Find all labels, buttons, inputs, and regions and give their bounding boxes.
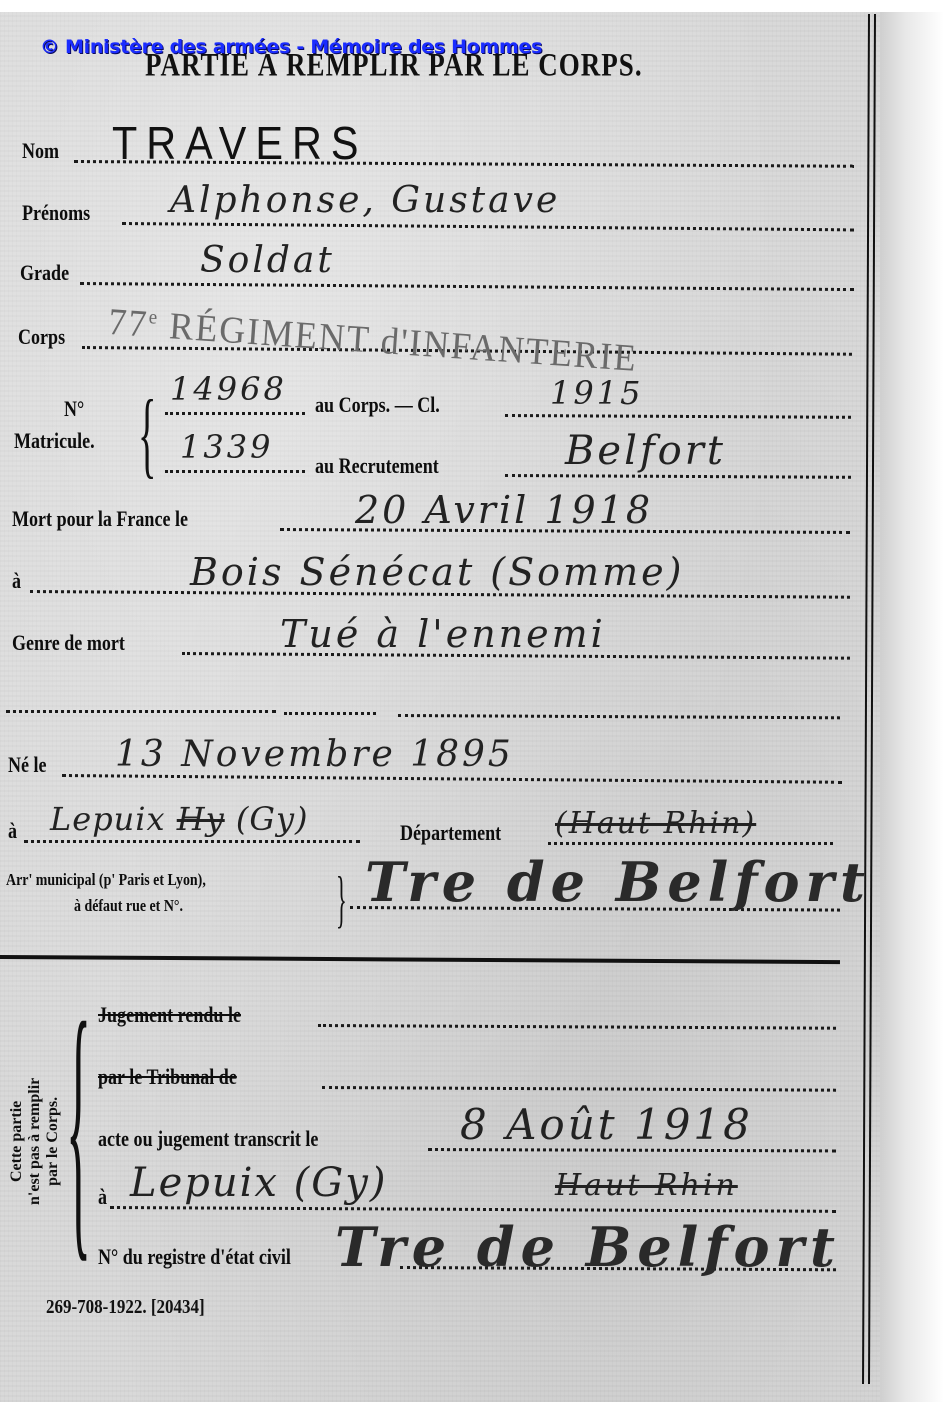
recrutement-number-dotted-line <box>165 470 305 473</box>
grade-label: Grade <box>20 260 69 286</box>
arrondissement-label-2: à défaut rue et N°. <box>74 896 183 916</box>
side-note-line3: par le Corps. <box>44 1078 62 1205</box>
corps-label: Corps <box>18 324 65 350</box>
form-reference: 269-708-1922. [20434] <box>46 1296 205 1319</box>
genre-mort-label: Genre de mort <box>12 630 125 656</box>
no-label: N° <box>64 396 84 422</box>
tribunal-label: par le Tribunal de <box>98 1064 237 1090</box>
lieu-naissance-town: Lepuix <box>50 800 166 838</box>
departement-struck-value: (Haut Rhin) <box>555 806 756 841</box>
scan-edge <box>880 12 944 1402</box>
lieu-mort-label: à <box>12 568 21 594</box>
transcrit-label: acte ou jugement transcrit le <box>98 1126 318 1152</box>
recrutement-number-value: 1339 <box>180 428 273 466</box>
corps-number: 77 <box>107 301 150 346</box>
nom-value: TRAVERS <box>112 116 367 170</box>
genre-mort-value: Tué à l'ennemi <box>280 612 606 656</box>
departement-dotted-line <box>548 842 833 845</box>
jugement-lieu-struck: Haut Rhin <box>555 1168 738 1203</box>
arrondissement-brace: } <box>336 862 347 936</box>
registre-value: Tre de Belfort <box>335 1215 841 1279</box>
arrondissement-label-1: Arr' municipal (p' Paris et Lyon), <box>6 870 206 890</box>
lieu-naissance-label: à <box>8 818 17 844</box>
prenoms-value: Alphonse, Gustave <box>170 180 560 221</box>
lieu-naissance-dotted-line <box>24 840 360 843</box>
grade-value: Soldat <box>200 240 335 281</box>
blank-dotted-line <box>284 712 376 715</box>
mort-value: 20 Avril 1918 <box>355 488 653 532</box>
mort-label: Mort pour la France le <box>12 506 188 532</box>
jugement-brace: { <box>66 980 91 1270</box>
recrutement-place-value: Belfort <box>565 428 726 474</box>
corps-sup: e <box>148 306 160 329</box>
ne-le-value: 13 Novembre 1895 <box>115 734 514 775</box>
au-corps-label: au Corps. — Cl. <box>315 392 440 418</box>
blank-dotted-line <box>6 710 276 713</box>
prenoms-label: Prénoms <box>22 200 90 226</box>
arrondissement-value: Tre de Belfort <box>365 850 871 914</box>
departement-label: Département <box>400 820 501 846</box>
jugement-lieu-value: Lepuix (Gy) <box>130 1160 387 1206</box>
lieu-naissance-after: (Gy) <box>236 800 309 838</box>
nom-label: Nom <box>22 138 59 164</box>
registre-label: N° du registre d'état civil <box>98 1244 291 1270</box>
corps-number-value: 14968 <box>170 370 287 408</box>
transcrit-value: 8 Août 1918 <box>460 1100 753 1149</box>
side-note: Cette partie n'est pas à remplir par le … <box>8 1078 62 1205</box>
lieu-mort-value: Bois Sénécat (Somme) <box>190 550 684 594</box>
matricule-label: Matricule. <box>14 428 95 454</box>
ne-le-label: Né le <box>8 752 47 778</box>
classe-value: 1915 <box>550 374 643 412</box>
side-note-line2: n'est pas à remplir <box>26 1078 44 1205</box>
copyright-watermark: © Ministère des armées - Mémoire des Hom… <box>40 36 542 58</box>
matricule-brace: { <box>138 378 156 489</box>
jugement-lieu-label: à <box>98 1184 107 1210</box>
jugement-rendu-label: Jugement rendu le <box>98 1002 241 1028</box>
lieu-naissance-value: Lepuix Hy (Gy) <box>50 800 309 838</box>
side-note-line1: Cette partie <box>8 1078 26 1205</box>
corps-number-dotted-line <box>165 412 305 415</box>
lieu-naissance-struck: Hy <box>177 800 225 838</box>
au-recrutement-label: au Recrutement <box>315 453 439 479</box>
